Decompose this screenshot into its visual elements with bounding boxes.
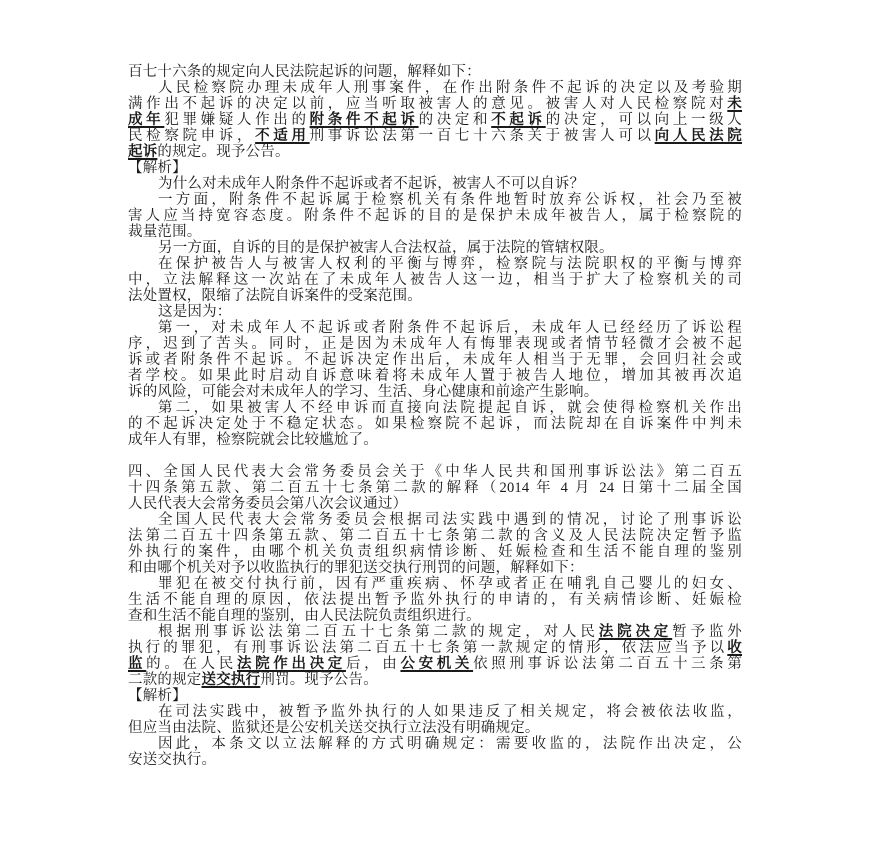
text-line: 安送交执行。	[128, 752, 742, 768]
body-text: 二款的规定	[128, 672, 202, 688]
body-text: 的决定，可以向上一级人	[546, 112, 742, 128]
document-page: 百七十六条的规定向人民法院起诉的问题，解释如下：人民检察院办理未成年人刑事案件，…	[0, 0, 870, 842]
text-line: 人民代表大会常务委员会第八次会议通过）	[128, 496, 742, 512]
text-line: 为什么对未成年人附条件不起诉或者不起诉，被害人不可以自诉？	[128, 176, 742, 192]
text-line: 因此，本条文以立法解释的方式明确规定：需要收监的，法院作出决定，公	[128, 736, 742, 752]
text-line: 人民检察院办理未成年人刑事案件，在作出附条件不起诉的决定以及考验期	[128, 80, 742, 96]
body-text: 执行的罪犯，有刑事诉讼法第二百五十七条第一款规定的情形，依法应当予以	[128, 640, 727, 656]
text-line: 民检察院申诉，不适用刑事诉讼法第一百七十六条关于被害人可以向人民法院	[128, 128, 742, 144]
text-line: 百七十六条的规定向人民法院起诉的问题，解释如下：	[128, 64, 742, 80]
body-text: 查和生活不能自理的鉴别，由人民法院负责组织进行。	[128, 608, 481, 624]
text-line: 序，迟到了苦头。同时，正是因为未成年人有悔罪表现或者情节轻微才会被不起	[128, 336, 742, 352]
body-text: 暂予监外	[672, 624, 742, 640]
text-line: 在司法实践中，被暂予监外执行的人如果违反了相关规定，将会被依法收监，	[128, 704, 742, 720]
body-text: 者学校。如果此时启动自诉意味着将未成年人置于被告人地位，增加其被再次追	[128, 368, 742, 384]
body-text: 全国人民代表大会常务委员会根据司法实践中遇到的情况，讨论了刑事诉讼	[158, 512, 742, 528]
body-text: 第一，对未成年人不起诉或者附条件不起诉后，未成年人已经经历了诉讼程	[158, 320, 742, 336]
body-text: 法第二百五十四条第五款、第二百五十七条第二款的含义及人民法院决定暂予监	[128, 528, 742, 544]
emphasized-text: 法院作出决定	[237, 656, 346, 672]
body-text: 法处置权，限缩了法院自诉案件的受案范围。	[128, 288, 422, 304]
body-text: 和由哪个机关对予以收监执行的罪犯送交执行刑罚的问题，解释如下：	[128, 560, 584, 576]
text-line: 者学校。如果此时启动自诉意味着将未成年人置于被告人地位，增加其被再次追	[128, 368, 742, 384]
text-line: 法处置权，限缩了法院自诉案件的受案范围。	[128, 288, 742, 304]
body-text: 百七十六条的规定向人民法院起诉的问题，解释如下：	[128, 64, 481, 80]
body-text: 犯罪嫌疑人作出的	[164, 112, 309, 128]
text-line: 一方面，附条件不起诉属于检察机关有条件地暂时放弃公诉权，社会乃至被	[128, 192, 742, 208]
body-text: 中，立法解释这一次站在了未成年人被告人这一边，相当于扩大了检察机关的司	[128, 272, 742, 288]
body-text: 序，迟到了苦头。同时，正是因为未成年人有悔罪表现或者情节轻微才会被不起	[128, 336, 742, 352]
text-line: 这是因为：	[128, 304, 742, 320]
body-text: 诉的风险，可能会对未成年人的学习、生活、身心健康和前途产生影响。	[128, 384, 598, 400]
text-line: 诉的风险，可能会对未成年人的学习、生活、身心健康和前途产生影响。	[128, 384, 742, 400]
body-text: 【解析】	[128, 160, 187, 176]
text-line: 第一，对未成年人不起诉或者附条件不起诉后，未成年人已经经历了诉讼程	[128, 320, 742, 336]
text-line: 监的。在人民法院作出决定后，由公安机关依照刑事诉讼法第二百五十三条第	[128, 656, 742, 672]
body-text: 因此，本条文以立法解释的方式明确规定：需要收监的，法院作出决定，公	[158, 736, 742, 752]
body-text: 裁量范围。	[128, 224, 202, 240]
text-line: 二款的规定送交执行刑罚。现予公告。	[128, 672, 742, 688]
text-line: 但应当由法院、监狱还是公安机关送交执行立法没有明确规定。	[128, 720, 742, 736]
text-line: 害人应当持宽容态度。附条件不起诉的目的是保护未成年被告人，属于检察院的	[128, 208, 742, 224]
body-text: 的决定和	[419, 112, 492, 128]
text-block: 百七十六条的规定向人民法院起诉的问题，解释如下：人民检察院办理未成年人刑事案件，…	[128, 64, 742, 768]
text-line: 根据刑事诉讼法第二百五十七条第二款的规定，对人民法院决定暂予监外	[128, 624, 742, 640]
body-text: 人民检察院办理未成年人刑事案件，在作出附条件不起诉的决定以及考验期	[158, 80, 742, 96]
body-text: 依照刑事诉讼法第二百五十三条第	[473, 656, 742, 672]
body-text: 满作出不起诉的决定以前，应当听取被害人的意见。被害人对人民检察院对	[128, 96, 727, 112]
body-text: 根据刑事诉讼法第二百五十七条第二款的规定，对人民	[158, 624, 599, 640]
body-text: 为什么对未成年人附条件不起诉或者不起诉，被害人不可以自诉？	[158, 176, 584, 192]
emphasized-text: 未	[727, 96, 742, 112]
body-text: 诉或者附条件不起诉。不起诉决定作出后，未成年人相当于无罪，会回归社会或	[128, 352, 742, 368]
text-line: 在保护被告人与被害人权利的平衡与博弈，检察院与法院职权的平衡与博弈	[128, 256, 742, 272]
body-text: 的。在人民	[146, 656, 237, 672]
text-line: 外执行的案件，由哪个机关负责组织病情诊断、妊娠检查和生活不能自理的鉴别	[128, 544, 742, 560]
body-text: 刑罚。现予公告。	[260, 672, 378, 688]
text-line: 查和生活不能自理的鉴别，由人民法院负责组织进行。	[128, 608, 742, 624]
body-text: 后，由	[346, 656, 400, 672]
body-text: 刑事诉讼法第一百七十六条关于被害人可以	[310, 128, 655, 144]
text-line: 【解析】	[128, 688, 742, 704]
text-line: 满作出不起诉的决定以前，应当听取被害人的意见。被害人对人民检察院对未	[128, 96, 742, 112]
body-text: 在保护被告人与被害人权利的平衡与博弈，检察院与法院职权的平衡与博弈	[158, 256, 742, 272]
body-text: 罪犯在被交付执行前，因有严重疾病、怀孕或者正在哺乳自己婴儿的妇女、	[158, 576, 742, 592]
text-line: 诉或者附条件不起诉。不起诉决定作出后，未成年人相当于无罪，会回归社会或	[128, 352, 742, 368]
body-text: 十四条第五款、第二百五十七条第二款的解释（2014 年 4 月 24 日第十二届…	[128, 480, 742, 496]
body-text: 的规定。现予公告。	[157, 144, 289, 160]
text-line: 第二，如果被害人不经申诉而直接向法院提起自诉，就会使得检察机关作出	[128, 400, 742, 416]
emphasized-text: 送交执行	[202, 672, 261, 688]
text-line: 【解析】	[128, 160, 742, 176]
text-line: 法第二百五十四条第五款、第二百五十七条第二款的含义及人民法院决定暂予监	[128, 528, 742, 544]
emphasized-text: 收	[727, 640, 742, 656]
emphasized-text: 不适用	[255, 128, 309, 144]
body-text: 另一方面，自诉的目的是保护被害人合法权益，属于法院的管辖权限。	[158, 240, 614, 256]
body-text: 生活不能自理的原因，依法提出暂予监外执行的申请的，有关病情诊断、妊娠检	[128, 592, 742, 608]
text-line: 执行的罪犯，有刑事诉讼法第二百五十七条第一款规定的情形，依法应当予以收	[128, 640, 742, 656]
body-text: 人民代表大会常务委员会第八次会议通过）	[128, 496, 407, 512]
text-line: 成年犯罪嫌疑人作出的附条件不起诉的决定和不起诉的决定，可以向上一级人	[128, 112, 742, 128]
text-line: 成年人有罪，检察院就会比较尴尬了。	[128, 432, 742, 448]
body-text: 外执行的案件，由哪个机关负责组织病情诊断、妊娠检查和生活不能自理的鉴别	[128, 544, 742, 560]
body-text: 害人应当持宽容态度。附条件不起诉的目的是保护未成年被告人，属于检察院的	[128, 208, 742, 224]
body-text: 但应当由法院、监狱还是公安机关送交执行立法没有明确规定。	[128, 720, 540, 736]
text-line: 中，立法解释这一次站在了未成年人被告人这一边，相当于扩大了检察机关的司	[128, 272, 742, 288]
body-text: 民检察院申诉，	[128, 128, 255, 144]
text-line: 罪犯在被交付执行前，因有严重疾病、怀孕或者正在哺乳自己婴儿的妇女、	[128, 576, 742, 592]
emphasized-text: 附条件不起诉	[310, 112, 419, 128]
emphasized-text: 向人民法院	[655, 128, 742, 144]
text-line: 另一方面，自诉的目的是保护被害人合法权益，属于法院的管辖权限。	[128, 240, 742, 256]
text-line: 四、全国人民代表大会常务委员会关于《中华人民共和国刑事诉讼法》第二百五	[128, 464, 742, 480]
body-text: 在司法实践中，被暂予监外执行的人如果违反了相关规定，将会被依法收监，	[158, 704, 742, 720]
text-line: 生活不能自理的原因，依法提出暂予监外执行的申请的，有关病情诊断、妊娠检	[128, 592, 742, 608]
emphasized-text: 公安机关	[400, 656, 473, 672]
text-line: 和由哪个机关对予以收监执行的罪犯送交执行刑罚的问题，解释如下：	[128, 560, 742, 576]
text-line: 全国人民代表大会常务委员会根据司法实践中遇到的情况，讨论了刑事诉讼	[128, 512, 742, 528]
body-text: 【解析】	[128, 688, 187, 704]
body-text: 的不起诉决定处于不稳定状态。如果检察院不起诉，而法院却在自诉案件中判未	[128, 416, 742, 432]
emphasized-text: 成年	[128, 112, 164, 128]
blank-line	[128, 448, 742, 464]
text-line: 裁量范围。	[128, 224, 742, 240]
text-line: 的不起诉决定处于不稳定状态。如果检察院不起诉，而法院却在自诉案件中判未	[128, 416, 742, 432]
text-line: 十四条第五款、第二百五十七条第二款的解释（2014 年 4 月 24 日第十二届…	[128, 480, 742, 496]
body-text: 安送交执行。	[128, 752, 216, 768]
body-text: 成年人有罪，检察院就会比较尴尬了。	[128, 432, 378, 448]
body-text: 四、全国人民代表大会常务委员会关于《中华人民共和国刑事诉讼法》第二百五	[128, 464, 742, 480]
text-line: 起诉的规定。现予公告。	[128, 144, 742, 160]
body-text: 一方面，附条件不起诉属于检察机关有条件地暂时放弃公诉权，社会乃至被	[158, 192, 742, 208]
emphasized-text: 法院决定	[599, 624, 672, 640]
body-text: 第二，如果被害人不经申诉而直接向法院提起自诉，就会使得检察机关作出	[158, 400, 742, 416]
emphasized-text: 不起诉	[491, 112, 545, 128]
body-text: 这是因为：	[158, 304, 232, 320]
emphasized-text: 起诉	[128, 144, 157, 160]
emphasized-text: 监	[128, 656, 146, 672]
